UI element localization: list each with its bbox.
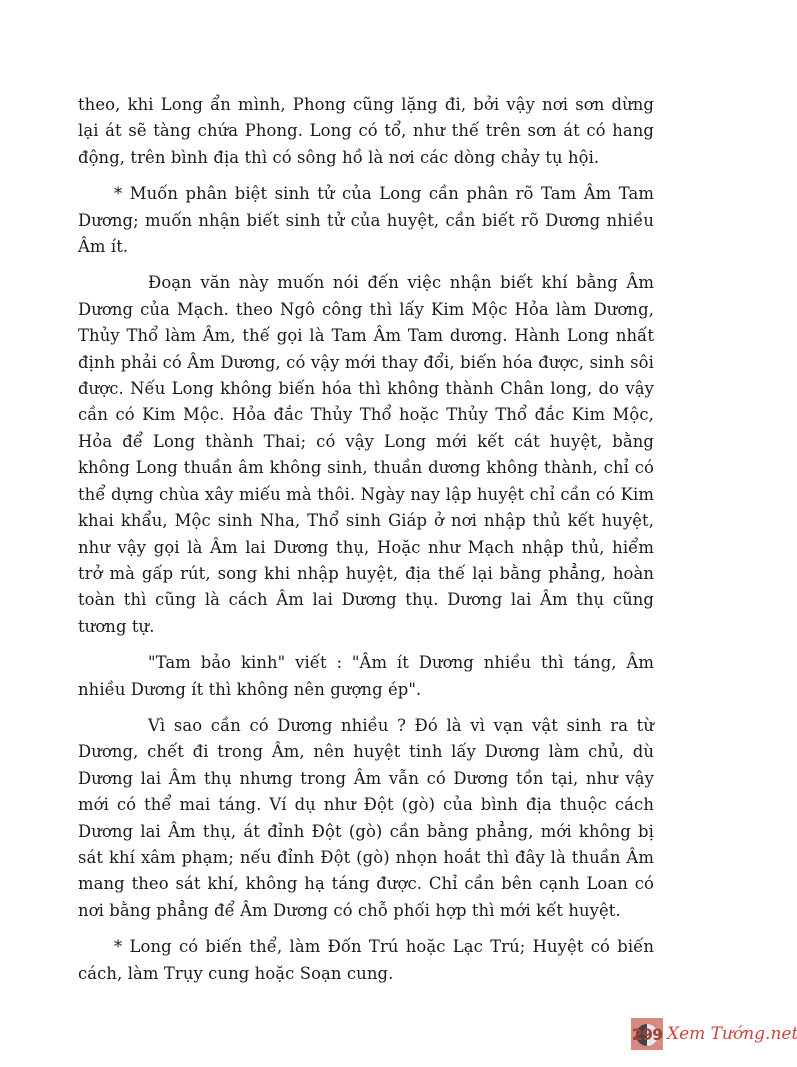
paragraph-6: * Long có biến thể, làm Đốn Trú hoặc Lạc… xyxy=(78,934,654,987)
page-number: 299 xyxy=(632,1025,662,1044)
watermark: 299 Xem Tướng.net xyxy=(631,1017,797,1051)
watermark-brand-text: Xem Tướng.net xyxy=(667,1024,797,1044)
paragraph-2: * Muốn phân biệt sinh tử của Long cần ph… xyxy=(78,181,654,260)
paragraph-1: theo, khi Long ẩn mình, Phong cũng lặng … xyxy=(78,92,654,171)
paragraph-3: Đoạn văn này muốn nói đến việc nhận biết… xyxy=(78,270,654,640)
paragraph-5: Vì sao cần có Dương nhiều ? Đó là vì vạn… xyxy=(78,713,654,924)
paragraph-4-quote: "Tam bảo kinh" viết : "Âm ít Dương nhiều… xyxy=(78,650,654,703)
document-body: theo, khi Long ẩn mình, Phong cũng lặng … xyxy=(78,92,654,997)
watermark-logo: 299 xyxy=(631,1018,663,1050)
